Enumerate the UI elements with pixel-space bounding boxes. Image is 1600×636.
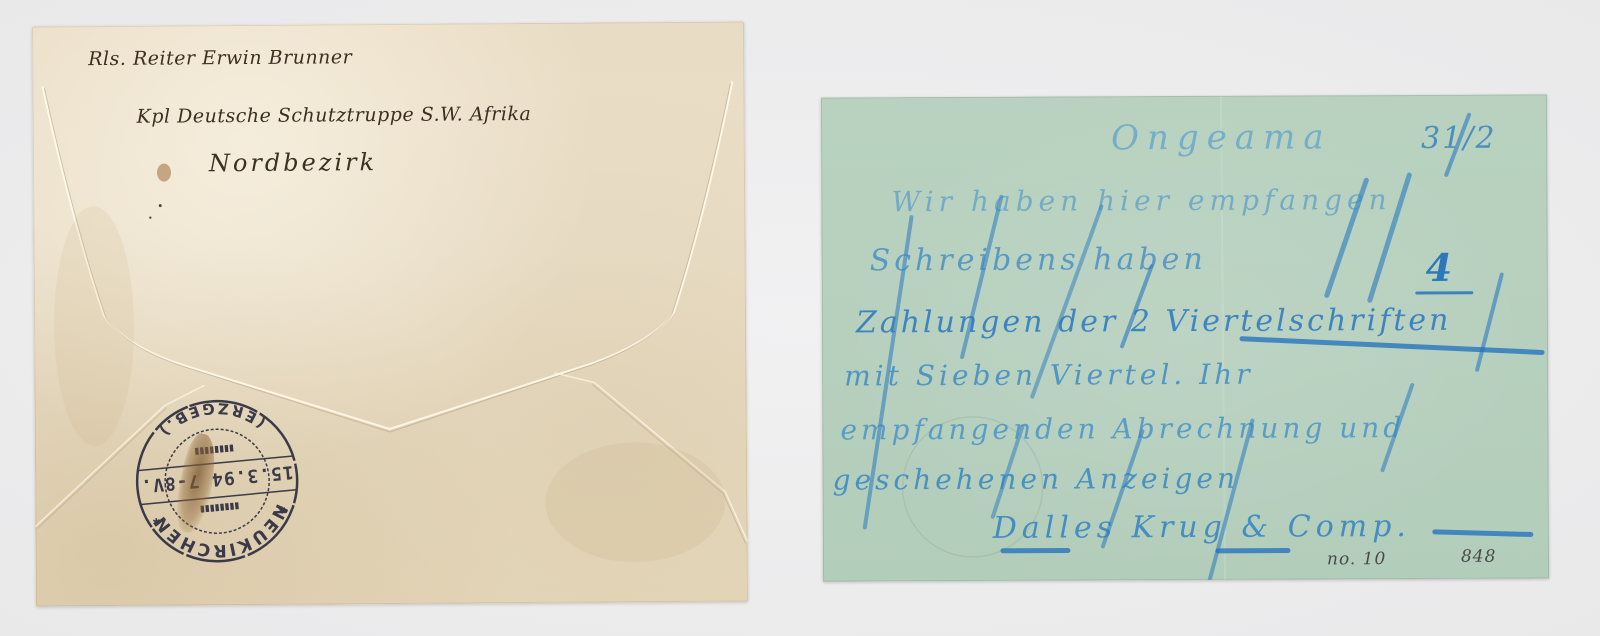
card-text-line: mit Sieben Viertel. Ihr bbox=[844, 358, 1254, 393]
postcard: Ongeama 31/2 Wir haben hier empfangen Sc… bbox=[821, 94, 1549, 581]
svg-text:15.3.94 7-8V.: 15.3.94 7-8V. bbox=[139, 461, 294, 496]
card-text-line: Schreibens haben bbox=[870, 242, 1207, 278]
svg-text:✱: ✱ bbox=[277, 503, 286, 515]
pencil-note: no. 10 bbox=[1327, 549, 1386, 569]
envelope-back: Rls. Reiter Erwin Brunner Kpl Deutsche S… bbox=[32, 22, 748, 607]
sender-district-line: Nordbezirk bbox=[209, 148, 377, 177]
card-text-line: geschehenen Anzeigen bbox=[833, 462, 1239, 497]
postmark-icon: NEUKIRCHEN (ERZGEB.) 15.3.94 7-8V. ▮▮▮▮▮… bbox=[131, 395, 304, 568]
card-number-mark: 4 bbox=[1426, 245, 1455, 290]
card-text-line: empfangenden Abrechnung und bbox=[840, 411, 1405, 446]
card-place-line: Ongeama bbox=[1111, 117, 1332, 158]
svg-text:(ERZGEB.): (ERZGEB.) bbox=[152, 395, 270, 442]
svg-text:✱: ✱ bbox=[152, 515, 161, 527]
ink-stain bbox=[157, 164, 171, 182]
card-signature: Dalles Krug & Comp. bbox=[993, 509, 1411, 546]
sender-unit-line: Kpl Deutsche Schutztruppe S.W. Afrika bbox=[137, 103, 532, 128]
card-text-line: Zahlungen der 2 Viertelschriften bbox=[856, 303, 1452, 341]
postmark-stamp: NEUKIRCHEN (ERZGEB.) 15.3.94 7-8V. ▮▮▮▮▮… bbox=[131, 395, 304, 568]
sender-name-line: Rls. Reiter Erwin Brunner bbox=[88, 46, 352, 70]
card-date: 31/2 bbox=[1421, 121, 1497, 156]
pencil-note: 848 bbox=[1461, 547, 1497, 567]
card-text-line: Wir haben hier empfangen bbox=[891, 183, 1391, 218]
